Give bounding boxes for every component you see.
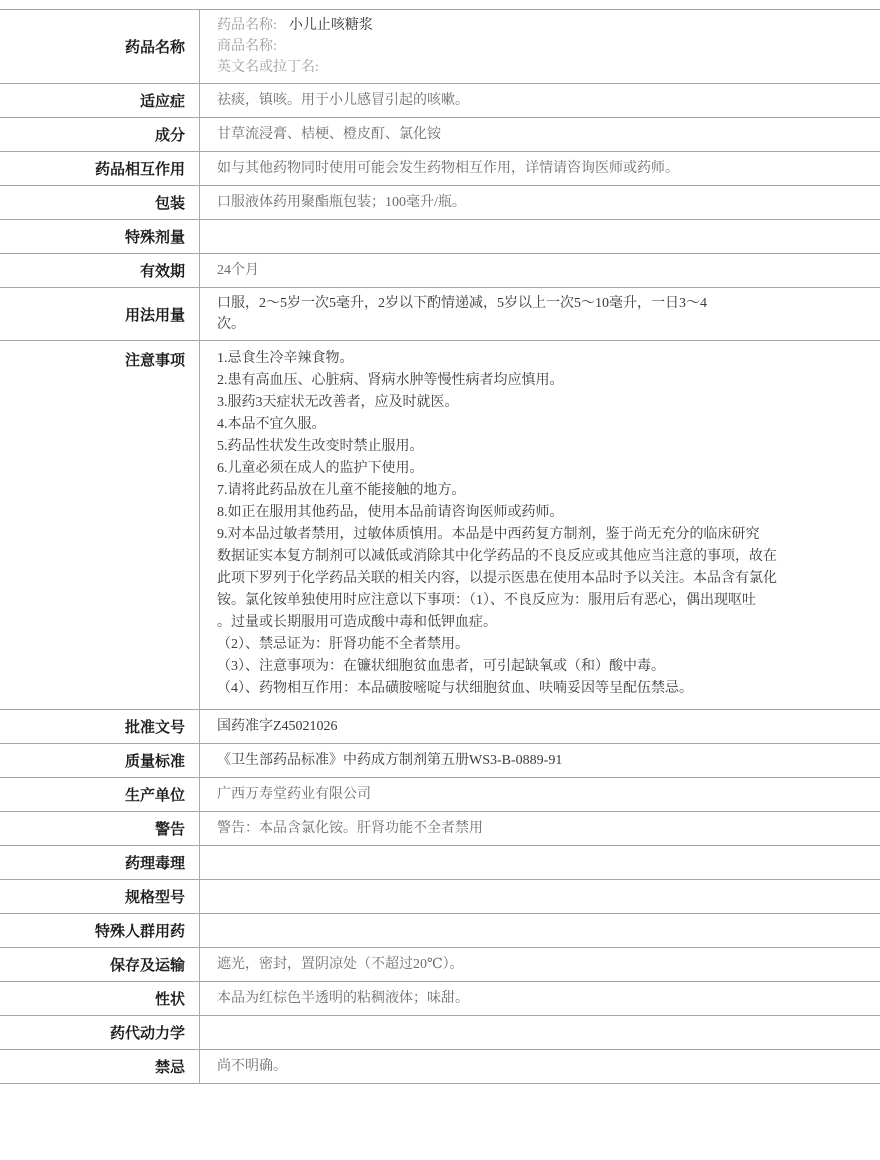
row-storage-transport: 保存及运输 遮光，密封，置阴凉处（不超过20℃）。 xyxy=(0,948,880,982)
approval-number-label: 批准文号 xyxy=(0,710,200,743)
indications-label: 适应症 xyxy=(0,84,200,117)
specification-label: 规格型号 xyxy=(0,880,200,913)
ingredients-label: 成分 xyxy=(0,118,200,151)
drug-info-table: 药品名称 药品名称:小儿止咳糖浆 商品名称: 英文名或拉丁名: 适应症 祛痰，镇… xyxy=(0,9,880,1084)
row-special-dosage: 特殊剂量 xyxy=(0,220,880,254)
special-population-content xyxy=(200,914,880,947)
appearance-label: 性状 xyxy=(0,982,200,1015)
pharmacokinetics-label: 药代动力学 xyxy=(0,1016,200,1049)
row-indications: 适应症 祛痰，镇咳。用于小儿感冒引起的咳嗽。 xyxy=(0,84,880,118)
precautions-label: 注意事项 xyxy=(0,341,200,709)
warning-content: 警告：本品含氯化铵。肝肾功能不全者禁用 xyxy=(200,812,880,845)
specification-content xyxy=(200,880,880,913)
drug-name-row-label: 药品名称 xyxy=(0,10,200,83)
row-drug-name: 药品名称 药品名称:小儿止咳糖浆 商品名称: 英文名或拉丁名: xyxy=(0,10,880,84)
special-dosage-content xyxy=(200,220,880,253)
row-manufacturer: 生产单位 广西万寿堂药业有限公司 xyxy=(0,778,880,812)
special-dosage-label: 特殊剂量 xyxy=(0,220,200,253)
pharmacology-toxicology-label: 药理毒理 xyxy=(0,846,200,879)
appearance-content: 本品为红棕色半透明的粘稠液体；味甜。 xyxy=(200,982,880,1015)
precautions-content: 1.忌食生冷辛辣食物。 2.患有高血压、心脏病、肾病水肿等慢性病者均应慎用。 3… xyxy=(200,341,880,709)
english-name-field-label: 英文名或拉丁名: xyxy=(217,60,319,75)
contraindications-content: 尚不明确。 xyxy=(200,1050,880,1083)
dosage-usage-content: 口服，2～5岁一次5毫升，2岁以下酌情递减，5岁以上一次5～10毫升，一日3～4… xyxy=(200,288,880,340)
pharmacokinetics-content xyxy=(200,1016,880,1049)
row-contraindications: 禁忌 尚不明确。 xyxy=(0,1050,880,1084)
dosage-usage-label: 用法用量 xyxy=(0,288,200,340)
packaging-label: 包装 xyxy=(0,186,200,219)
row-approval-number: 批准文号 国药准字Z45021026 xyxy=(0,710,880,744)
manufacturer-content: 广西万寿堂药业有限公司 xyxy=(200,778,880,811)
packaging-content: 口服液体药用聚酯瓶包装；100毫升/瓶。 xyxy=(200,186,880,219)
drug-name-value: 小儿止咳糖浆 xyxy=(289,18,373,33)
pharmacology-toxicology-content xyxy=(200,846,880,879)
trade-name-field-label: 商品名称: xyxy=(217,39,277,54)
row-packaging: 包装 口服液体药用聚酯瓶包装；100毫升/瓶。 xyxy=(0,186,880,220)
drug-name-content: 药品名称:小儿止咳糖浆 商品名称: 英文名或拉丁名: xyxy=(200,10,880,83)
row-appearance: 性状 本品为红棕色半透明的粘稠液体；味甜。 xyxy=(0,982,880,1016)
manufacturer-label: 生产单位 xyxy=(0,778,200,811)
approval-number-content: 国药准字Z45021026 xyxy=(200,710,880,743)
row-warning: 警告 警告：本品含氯化铵。肝肾功能不全者禁用 xyxy=(0,812,880,846)
trade-name-line: 商品名称: xyxy=(217,36,289,57)
shelf-life-content: 24个月 xyxy=(200,254,880,287)
row-shelf-life: 有效期 24个月 xyxy=(0,254,880,288)
row-special-population: 特殊人群用药 xyxy=(0,914,880,948)
drug-name-field-label: 药品名称: xyxy=(217,18,277,33)
row-drug-interactions: 药品相互作用 如与其他药物同时使用可能会发生药物相互作用，详情请咨询医师或药师。 xyxy=(0,152,880,186)
contraindications-label: 禁忌 xyxy=(0,1050,200,1083)
row-specification: 规格型号 xyxy=(0,880,880,914)
row-pharmacology-toxicology: 药理毒理 xyxy=(0,846,880,880)
row-pharmacokinetics: 药代动力学 xyxy=(0,1016,880,1050)
drug-interactions-label: 药品相互作用 xyxy=(0,152,200,185)
quality-standard-label: 质量标准 xyxy=(0,744,200,777)
warning-label: 警告 xyxy=(0,812,200,845)
drug-name-line: 药品名称:小儿止咳糖浆 xyxy=(217,15,373,36)
row-ingredients: 成分 甘草流浸膏、桔梗、橙皮酊、氯化铵 xyxy=(0,118,880,152)
row-precautions: 注意事项 1.忌食生冷辛辣食物。 2.患有高血压、心脏病、肾病水肿等慢性病者均应… xyxy=(0,341,880,710)
special-population-label: 特殊人群用药 xyxy=(0,914,200,947)
row-quality-standard: 质量标准 《卫生部药品标准》中药成方制剂第五册WS3-B-0889-91 xyxy=(0,744,880,778)
row-dosage-usage: 用法用量 口服，2～5岁一次5毫升，2岁以下酌情递减，5岁以上一次5～10毫升，… xyxy=(0,288,880,341)
quality-standard-content: 《卫生部药品标准》中药成方制剂第五册WS3-B-0889-91 xyxy=(200,744,880,777)
english-name-line: 英文名或拉丁名: xyxy=(217,57,331,78)
storage-transport-label: 保存及运输 xyxy=(0,948,200,981)
indications-content: 祛痰，镇咳。用于小儿感冒引起的咳嗽。 xyxy=(200,84,880,117)
storage-transport-content: 遮光，密封，置阴凉处（不超过20℃）。 xyxy=(200,948,880,981)
drug-interactions-content: 如与其他药物同时使用可能会发生药物相互作用，详情请咨询医师或药师。 xyxy=(200,152,880,185)
ingredients-content: 甘草流浸膏、桔梗、橙皮酊、氯化铵 xyxy=(200,118,880,151)
shelf-life-label: 有效期 xyxy=(0,254,200,287)
